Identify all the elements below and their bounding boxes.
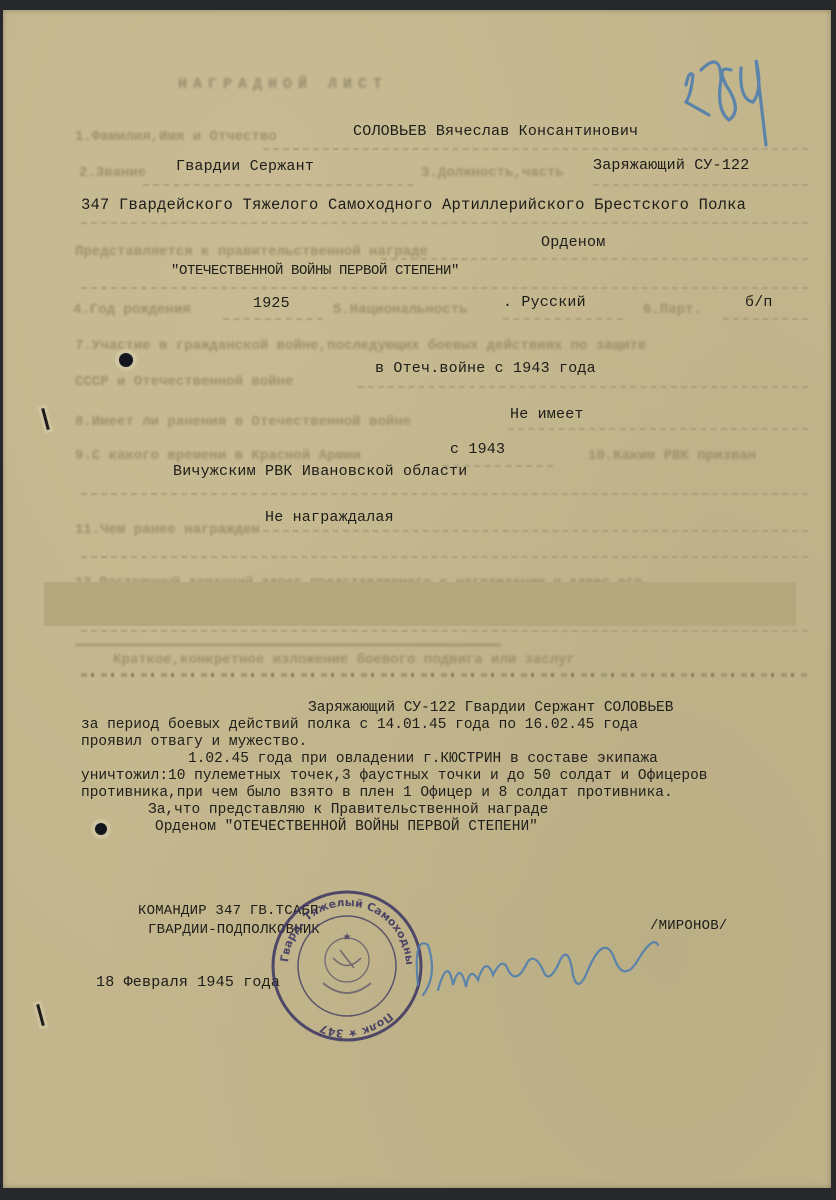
field-value-army-since: с 1943 xyxy=(450,441,505,458)
field-value-birth-year: 1925 xyxy=(253,295,290,312)
field-value-unit: 347 Гвардейского Тяжелого Самоходного Ар… xyxy=(81,196,746,214)
field-value-wounds: Не имеет xyxy=(510,406,584,423)
paper-tear xyxy=(41,408,50,430)
faded-overtyped-line: ▬▬▬▬▬▬▬▬▬▬▬▬▬▬▬▬▬▬▬▬▬▬▬▬▬▬▬▬▬▬▬▬▬▬▬▬▬▬▬▬… xyxy=(75,636,501,652)
underline xyxy=(81,556,808,558)
field-label-nationality: 5.Национальность xyxy=(333,302,467,318)
field-value-position: Заряжающий СУ-122 xyxy=(593,157,749,174)
field-value-prior-awards: Не награждалая xyxy=(265,509,394,526)
document-date: 18 Февраля 1945 года xyxy=(96,974,280,991)
narrative-line: Заряжающий СУ-122 Гвардии Сержант СОЛОВЬ… xyxy=(308,700,673,717)
narrative-line: За,что представляю к Правительственной н… xyxy=(148,802,548,819)
underline xyxy=(263,148,808,150)
punch-hole xyxy=(119,353,133,367)
narrative-line: 1.02.45 года при овладении г.КЮСТРИН в с… xyxy=(188,751,658,768)
punch-hole xyxy=(95,823,107,835)
field-value-party: б/п xyxy=(745,294,773,311)
field-label-rank: 2.Звание xyxy=(79,165,146,181)
narrative-line: противника,при чем было взято в плен 1 О… xyxy=(81,785,673,802)
paper-tear xyxy=(36,1004,45,1026)
field-label-prior-awards: 11.Чем ранее награжден xyxy=(75,522,260,538)
field-value-rank: Гвардии Сержант xyxy=(176,158,314,175)
underline xyxy=(223,318,323,320)
underline xyxy=(723,318,808,320)
narrative-line: за период боевых действий полка с 14.01.… xyxy=(81,717,638,734)
handwritten-signature xyxy=(408,915,668,1010)
field-label-party: 6.Парт. xyxy=(643,302,702,318)
field-value-participation: в Отеч.войне с 1943 года xyxy=(375,360,596,377)
field-value-award-name: "ОТЕЧЕСТВЕННОЙ ВОЙНЫ ПЕРВОЙ СТЕПЕНИ" xyxy=(171,263,459,279)
underline xyxy=(81,287,808,289)
dotted-separator xyxy=(81,673,808,677)
field-label-feat: Краткое,конкретное изложение боевого под… xyxy=(113,652,575,668)
field-value-nationality: . Русский xyxy=(503,294,586,311)
narrative-line: проявил отвагу и мужество. xyxy=(81,734,307,751)
svg-text:★: ★ xyxy=(343,932,352,943)
field-value-draft-office: Вичужским РВК Ивановской области xyxy=(173,463,467,480)
field-label-wounds: 8.Имеет ли ранения в Отечественной войне xyxy=(75,414,411,430)
field-label-position: 3.Должность,часть xyxy=(421,165,564,181)
narrative-line: Орденом "ОТЕЧЕСТВЕННОЙ ВОЙНЫ ПЕРВОЙ СТЕП… xyxy=(155,819,538,836)
official-stamp: Гвард. Тяжелый Самоходный Арт. Полк ★ 34… xyxy=(268,888,426,1044)
underline xyxy=(593,184,808,186)
underline xyxy=(81,630,808,632)
field-label-participation: 7.Участие в гражданской войне,последующи… xyxy=(75,338,646,354)
underline xyxy=(81,222,808,224)
underline xyxy=(503,318,623,320)
field-label-name: 1.Фамилия,Имя и Отчество xyxy=(75,129,277,145)
underline xyxy=(381,258,808,260)
field-label-participation-cont: СССР и Отечественной войне xyxy=(75,374,293,390)
underline xyxy=(243,530,808,532)
field-value-award: Орденом xyxy=(541,234,605,251)
underline xyxy=(358,386,808,388)
field-label-award: Представляется к правительственной награ… xyxy=(75,244,428,260)
field-value-name: СОЛОВЬЕВ Вячеслав Консантинович xyxy=(353,123,638,140)
document-title: НАГРАДНОЙ ЛИСТ xyxy=(178,76,388,93)
field-label-army-since: 9.С какого времени в Красной Армии xyxy=(75,448,361,464)
award-sheet-page: НАГРАДНОЙ ЛИСТ 1.Фамилия,Имя и Отчество … xyxy=(3,10,831,1188)
underline xyxy=(143,184,413,186)
underline xyxy=(81,493,808,495)
handwritten-number xyxy=(681,40,781,150)
redacted-area xyxy=(44,582,796,626)
field-label-birth-year: 4.Год рождения xyxy=(73,302,191,318)
narrative-line: уничтожил:10 пулеметных точек,3 фаустных… xyxy=(81,768,708,785)
field-label-draft-office: 10.Каким РВК призван xyxy=(588,448,756,464)
underline xyxy=(508,428,808,430)
